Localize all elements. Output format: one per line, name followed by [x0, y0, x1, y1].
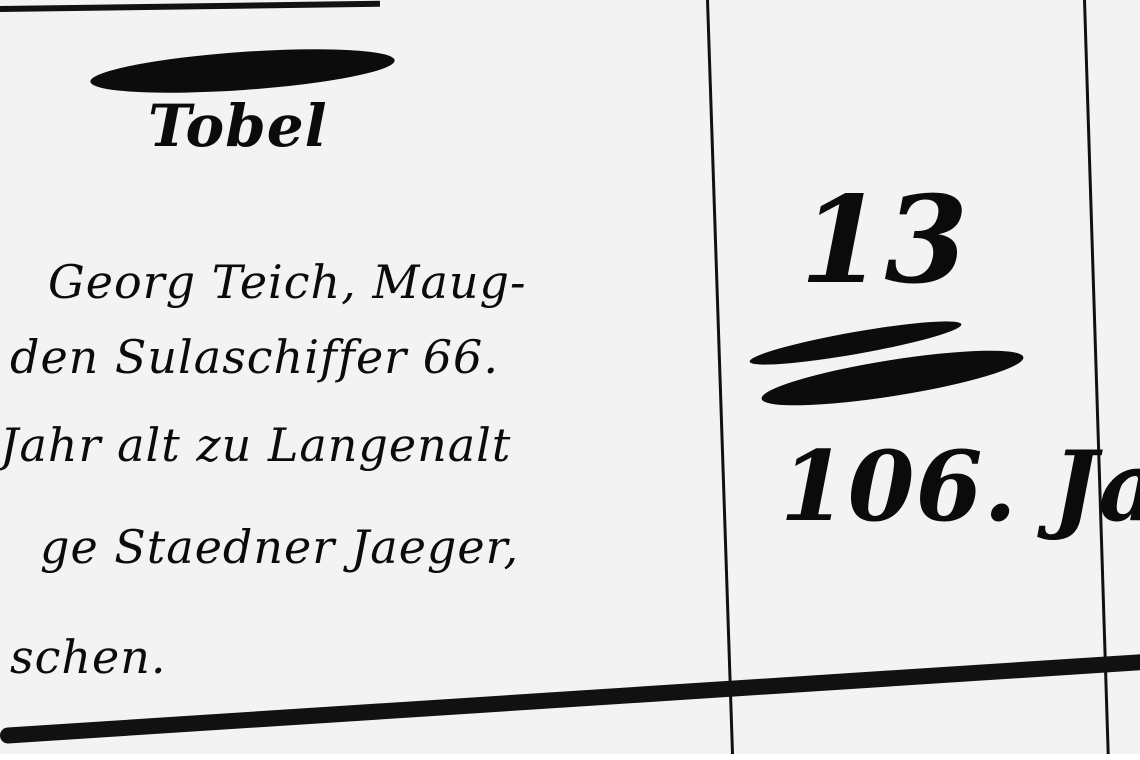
column-divider-right	[1083, 0, 1110, 760]
entry-line-3: Jahr alt zu Langenalt	[0, 418, 511, 472]
bottom-entry-rule	[0, 654, 1140, 744]
entry-line-5: schen.	[10, 630, 166, 684]
top-border-line	[0, 1, 380, 12]
entry-line-1: Georg Teich, Maug-	[48, 255, 527, 309]
scanned-register-page: Tobel Georg Teich, Maug- den Sulaschiffe…	[0, 0, 1140, 760]
entry-number: 13	[800, 170, 969, 311]
age-value: 106. Jahr	[780, 430, 1140, 543]
entry-line-4: ge Staedner Jaeger,	[40, 520, 519, 574]
column-divider-left	[706, 0, 734, 760]
heading-place-name: Tobel	[148, 92, 328, 160]
entry-line-2: den Sulaschiffer 66.	[10, 330, 499, 384]
